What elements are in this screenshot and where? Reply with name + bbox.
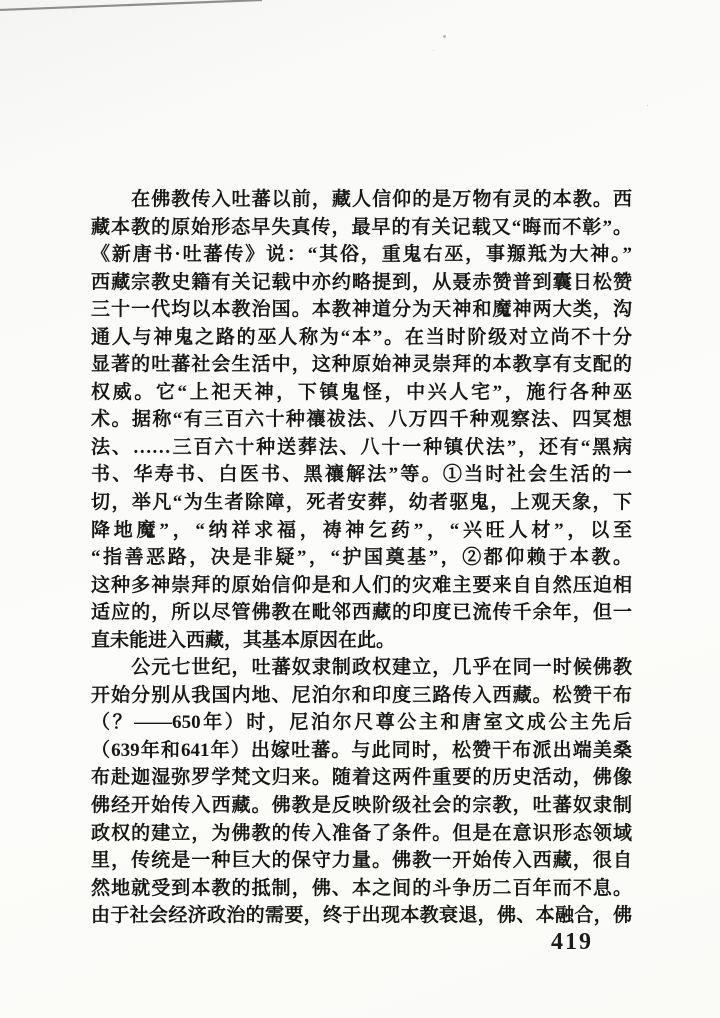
text-line: 这种多神崇拜的原始信仰是和人们的灾难主要来自自然压迫相: [91, 572, 632, 600]
text-line: 显著的吐蕃社会生活中，这种原始神灵崇拜的本教享有支配的: [91, 351, 632, 379]
text-line: 权威。它“上祀天神，下镇鬼怪，中兴人宅”，施行各种巫: [91, 379, 632, 407]
text-line: “指善恶路，决是非疑”，“护国奠基”，②都仰赖于本教。: [91, 544, 632, 572]
text-line: （639年和641年）出嫁吐蕃。与此同时，松赞干布派出端美桑: [91, 737, 632, 765]
text-line: 降地魔”，“纳祥求福，祷神乞药”，“兴旺人材”，以至: [91, 517, 632, 545]
text-line: 藏本教的原始形态早失真传，最早的有关记载又“晦而不彰”。: [91, 214, 632, 242]
text-line: 里，传统是一种巨大的保守力量。佛教一开始传入西藏，很自: [91, 847, 632, 875]
text-line: 通人与神鬼之路的巫人称为“本”。在当时阶级对立尚不十分: [91, 324, 632, 352]
scan-speck: [443, 35, 446, 38]
text-line: 佛经开始传入西藏。佛教是反映阶级社会的宗教，吐蕃奴隶制: [91, 792, 632, 820]
text-line: 法、……三百六十种送葬法、八十一种镇伏法”，还有“黑病: [91, 434, 632, 462]
text-line: 《新唐书·吐蕃传》说：“其俗，重鬼右巫，事羱羝为大神。”: [91, 241, 632, 269]
text-line: 在佛教传入吐蕃以前，藏人信仰的是万物有灵的本教。西: [91, 186, 632, 214]
text-line: 三十一代均以本教治国。本教神道分为天神和魔神两大类，沟: [91, 296, 632, 324]
text-line: 开始分别从我国内地、尼泊尔和印度三路传入西藏。松赞干布: [91, 682, 632, 710]
page-text-block: 在佛教传入吐蕃以前，藏人信仰的是万物有灵的本教。西藏本教的原始形态早失真传，最早…: [91, 186, 632, 930]
text-line: 书、华寿书、白医书、黑禳解法”等。①当时社会生活的一: [91, 461, 632, 489]
book-page: 在佛教传入吐蕃以前，藏人信仰的是万物有灵的本教。西藏本教的原始形态早失真传，最早…: [0, 0, 720, 1018]
page-number: 419: [551, 929, 593, 956]
text-line: 术。据称“有三百六十种禳祓法、八万四千种观察法、四冥想: [91, 406, 632, 434]
text-line: 布赴迦湿弥罗学梵文归来。随着这两件重要的历史活动，佛像: [91, 764, 632, 792]
text-line: 政权的建立，为佛教的传入准备了条件。但是在意识形态领域: [91, 820, 632, 848]
text-line: 适应的，所以尽管佛教在毗邻西藏的印度已流传千余年，但一: [91, 599, 632, 627]
text-line: 西藏宗教史籍有关记载中亦约略提到，从聂赤赞普到囊日松赞: [91, 269, 632, 297]
text-line: 然地就受到本教的抵制，佛、本之间的斗争历二百年而不息。: [91, 875, 632, 903]
text-line: 切，举凡“为生者除障，死者安葬，幼者驱鬼，上观天象，下: [91, 489, 632, 517]
text-line: 公元七世纪，吐蕃奴隶制政权建立，几乎在同一时候佛教: [91, 654, 632, 682]
text-line: 由于社会经济政治的需要，终于出现本教衰退，佛、本融合，佛: [91, 902, 632, 930]
text-line: 直未能进入西藏，其基本原因在此。: [91, 627, 632, 655]
text-line: （？——650年）时，尼泊尔尺尊公主和唐室文成公主先后: [91, 709, 632, 737]
scan-artifact-line: [0, 0, 300, 16]
